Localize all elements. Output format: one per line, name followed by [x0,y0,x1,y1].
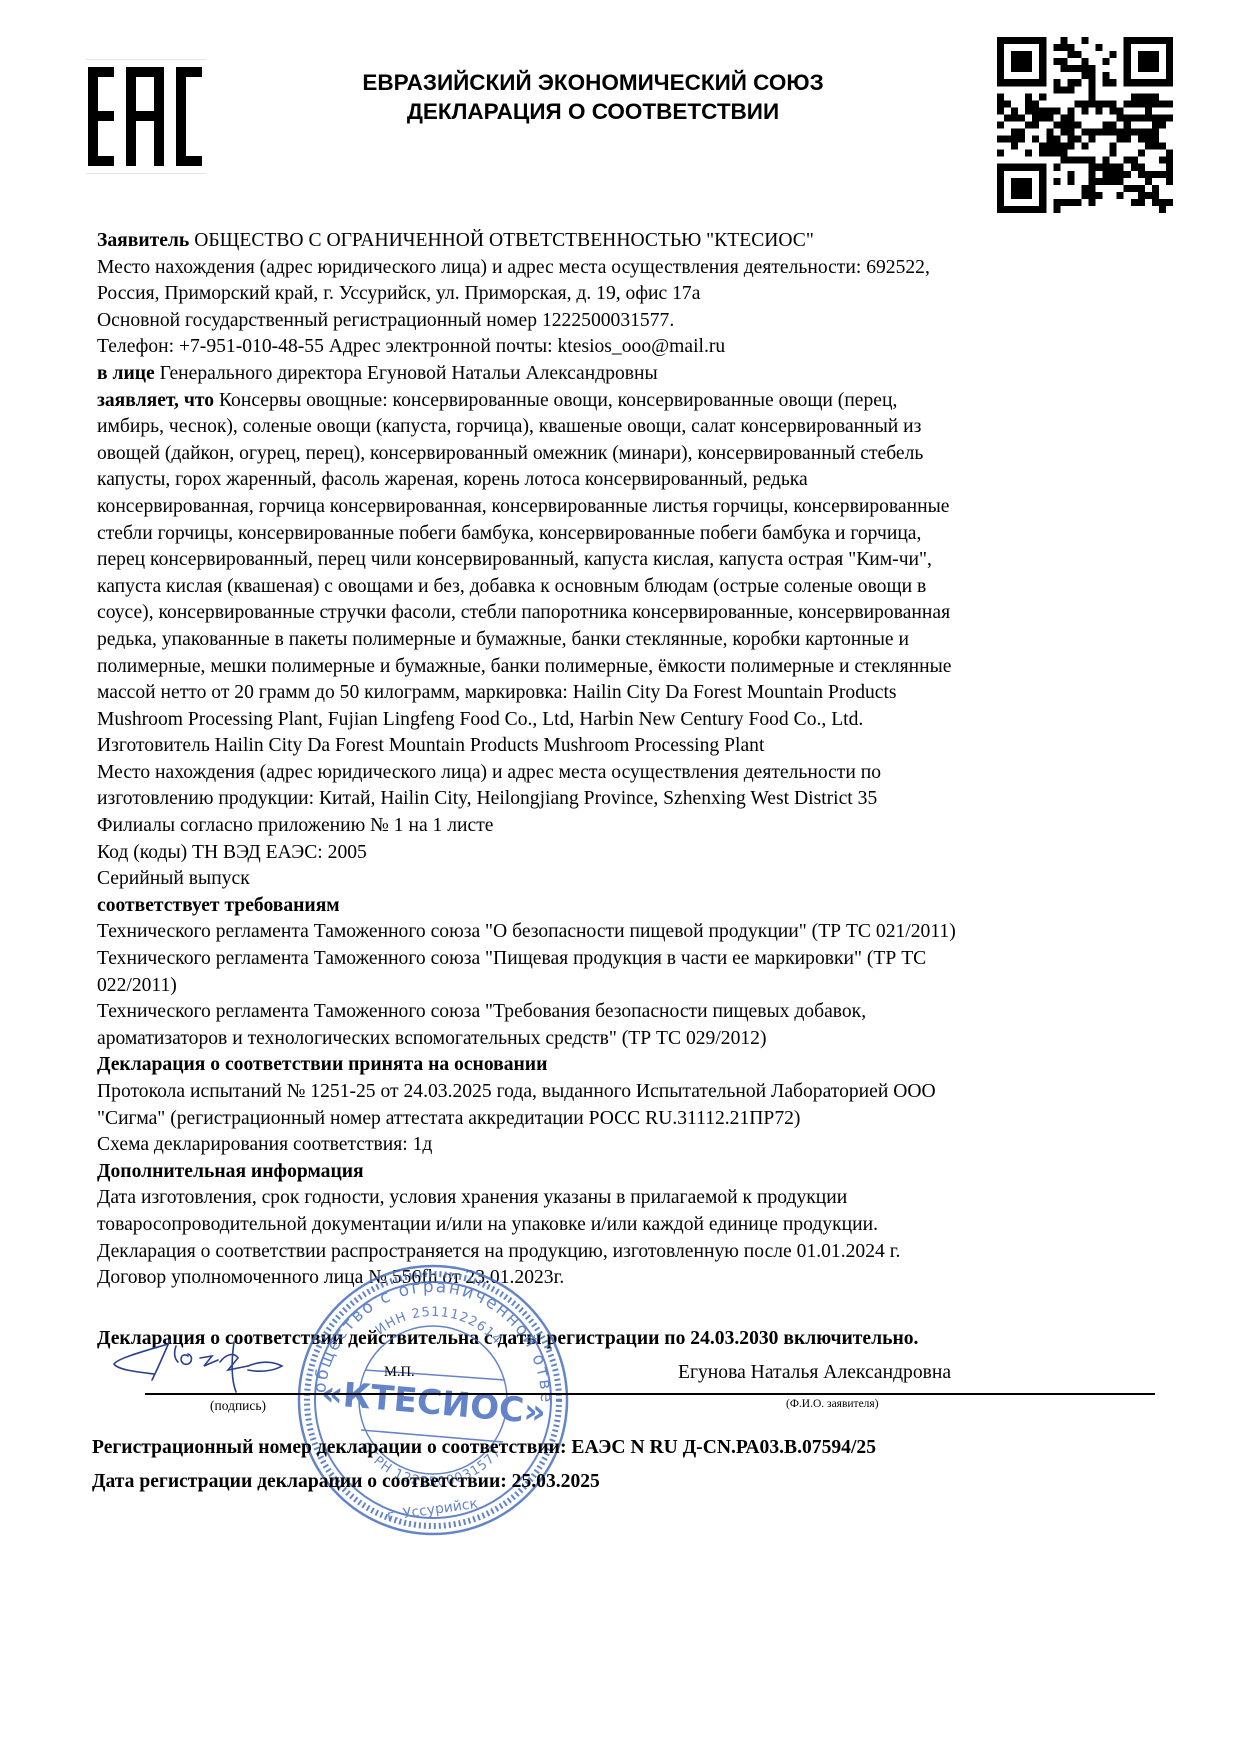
applicant-name: ОБЩЕСТВО С ОГРАНИЧЕННОЙ ОТВЕТСТВЕННОСТЬЮ… [189,230,814,251]
basis-list: Протокола испытаний № 1251-25 от 24.03.2… [97,1079,1157,1132]
declares-label: заявляет, что [97,390,214,411]
represented-line: в лице Генерального директора Егуновой Н… [97,361,1157,388]
production-type: Серийный выпуск [97,866,1157,893]
additional-line: Декларация о соответствии распространяет… [97,1239,1157,1266]
represented-label: в лице [97,363,155,384]
eac-logo-icon [88,67,204,166]
declaration-body: Заявитель ОБЩЕСТВО С ОГРАНИЧЕННОЙ ОТВЕТС… [97,228,1157,1292]
declaration-page: ЕВРАЗИЙСКИЙ ЭКОНОМИЧЕСКИЙ СОЮЗ ДЕКЛАРАЦИ… [0,0,1241,1754]
applicant-contacts: Телефон: +7-951-010-48-55 Адрес электрон… [97,334,1157,361]
requirement-line: 022/2011) [97,973,1157,1000]
stamp-center-text: «КТЕСИОС» [319,1373,547,1432]
represented-by: Генерального директора Егуновой Натальи … [155,363,658,384]
product-line: перец консервированный, перец чили консе… [97,547,1157,574]
signer-caption: (Ф.И.О. заявителя) [786,1398,879,1410]
seal-label: М.П. [384,1364,415,1381]
branches: Филиалы согласно приложению № 1 на 1 лис… [97,813,1157,840]
product-line: имбирь, чеснок), соленые овощи (капуста,… [97,414,1157,441]
manufacturer-address-2: изготовлению продукции: Китай, Hailin Ci… [97,786,1157,813]
registration-number: Регистрационный номер декларации о соотв… [92,1437,876,1459]
signer-name: Егунова Наталья Александровна [678,1362,951,1384]
handwritten-signature-icon [108,1336,308,1398]
requirements-heading-text: соответствует требованиям [97,895,340,916]
declaration-scheme: Схема декларирования соответствия: 1д [97,1132,1157,1159]
product-line: заявляет, что Консервы овощные: консерви… [97,388,1157,415]
applicant-address-1: Место нахождения (адрес юридического лиц… [97,255,1157,282]
product-line: капусты, горох жаренный, фасоль жареная,… [97,467,1157,494]
product-line: массой нетто от 20 грамм до 50 килограмм… [97,680,1157,707]
additional-line: Договор уполномоченного лица № 556fh от … [97,1265,1157,1292]
additional-line: Дата изготовления, срок годности, услови… [97,1185,1157,1212]
requirements-heading: соответствует требованиям [97,893,1157,920]
basis-line: Протокола испытаний № 1251-25 от 24.03.2… [97,1079,1157,1106]
additional-heading-text: Дополнительная информация [97,1161,364,1182]
requirement-line: Технического регламента Таможенного союз… [97,946,1157,973]
product-line: полимерные, мешки полимерные и бумажные,… [97,654,1157,681]
requirement-line: Технического регламента Таможенного союз… [97,919,1157,946]
product-description: заявляет, что Консервы овощные: консерви… [97,388,1157,734]
additional-line: товаросопроводительной документации и/ил… [97,1212,1157,1239]
signature-line [145,1393,1155,1395]
manufacturer: Изготовитель Hailin City Da Forest Mount… [97,733,1157,760]
product-line: овощей (дайкон, огурец, перец), консерви… [97,441,1157,468]
signature-caption: (подпись) [210,1398,266,1414]
company-seal-icon: общество с ограниченной ответственностью… [295,1262,571,1538]
qr-code-icon [997,37,1173,213]
product-line: Mushroom Processing Plant, Fujian Lingfe… [97,707,1157,734]
requirement-line: ароматизаторов и технологических вспомог… [97,1026,1157,1053]
additional-info: Дата изготовления, срок годности, услови… [97,1185,1157,1291]
stamp-city: г. Уссурийск [386,1496,479,1525]
applicant-label: Заявитель [97,230,189,251]
requirements-list: Технического регламента Таможенного союз… [97,919,1157,1052]
union-title: ЕВРАЗИЙСКИЙ ЭКОНОМИЧЕСКИЙ СОЮЗ [300,68,886,97]
applicant-address-2: Россия, Приморский край, г. Уссурийск, у… [97,281,1157,308]
applicant-ogrn: Основной государственный регистрационный… [97,308,1157,335]
document-title: ДЕКЛАРАЦИЯ О СООТВЕТСТВИИ [300,97,886,126]
basis-line: "Сигма" (регистрационный номер аттестата… [97,1106,1157,1133]
tn-ved-code: Код (коды) ТН ВЭД ЕАЭС: 2005 [97,840,1157,867]
product-line: капуста кислая (квашеная) с овощами и бе… [97,574,1157,601]
applicant-line: Заявитель ОБЩЕСТВО С ОГРАНИЧЕННОЙ ОТВЕТС… [97,228,1157,255]
requirement-line: Технического регламента Таможенного союз… [97,999,1157,1026]
manufacturer-address-1: Место нахождения (адрес юридического лиц… [97,760,1157,787]
basis-heading-text: Декларация о соответствии принята на осн… [97,1054,547,1075]
header-titles: ЕВРАЗИЙСКИЙ ЭКОНОМИЧЕСКИЙ СОЮЗ ДЕКЛАРАЦИ… [300,68,886,126]
additional-heading: Дополнительная информация [97,1159,1157,1186]
product-line: консервированная, горчица консервированн… [97,494,1157,521]
basis-heading: Декларация о соответствии принята на осн… [97,1052,1157,1079]
product-line: редька, упакованные в пакеты полимерные … [97,627,1157,654]
registration-date: Дата регистрации декларации о соответств… [92,1471,600,1493]
product-line: стебли горчицы, консервированные побеги … [97,521,1157,548]
product-line: соусе), консервированные стручки фасоли,… [97,600,1157,627]
product-text: Консервы овощные: консервированные овощи… [214,390,897,411]
